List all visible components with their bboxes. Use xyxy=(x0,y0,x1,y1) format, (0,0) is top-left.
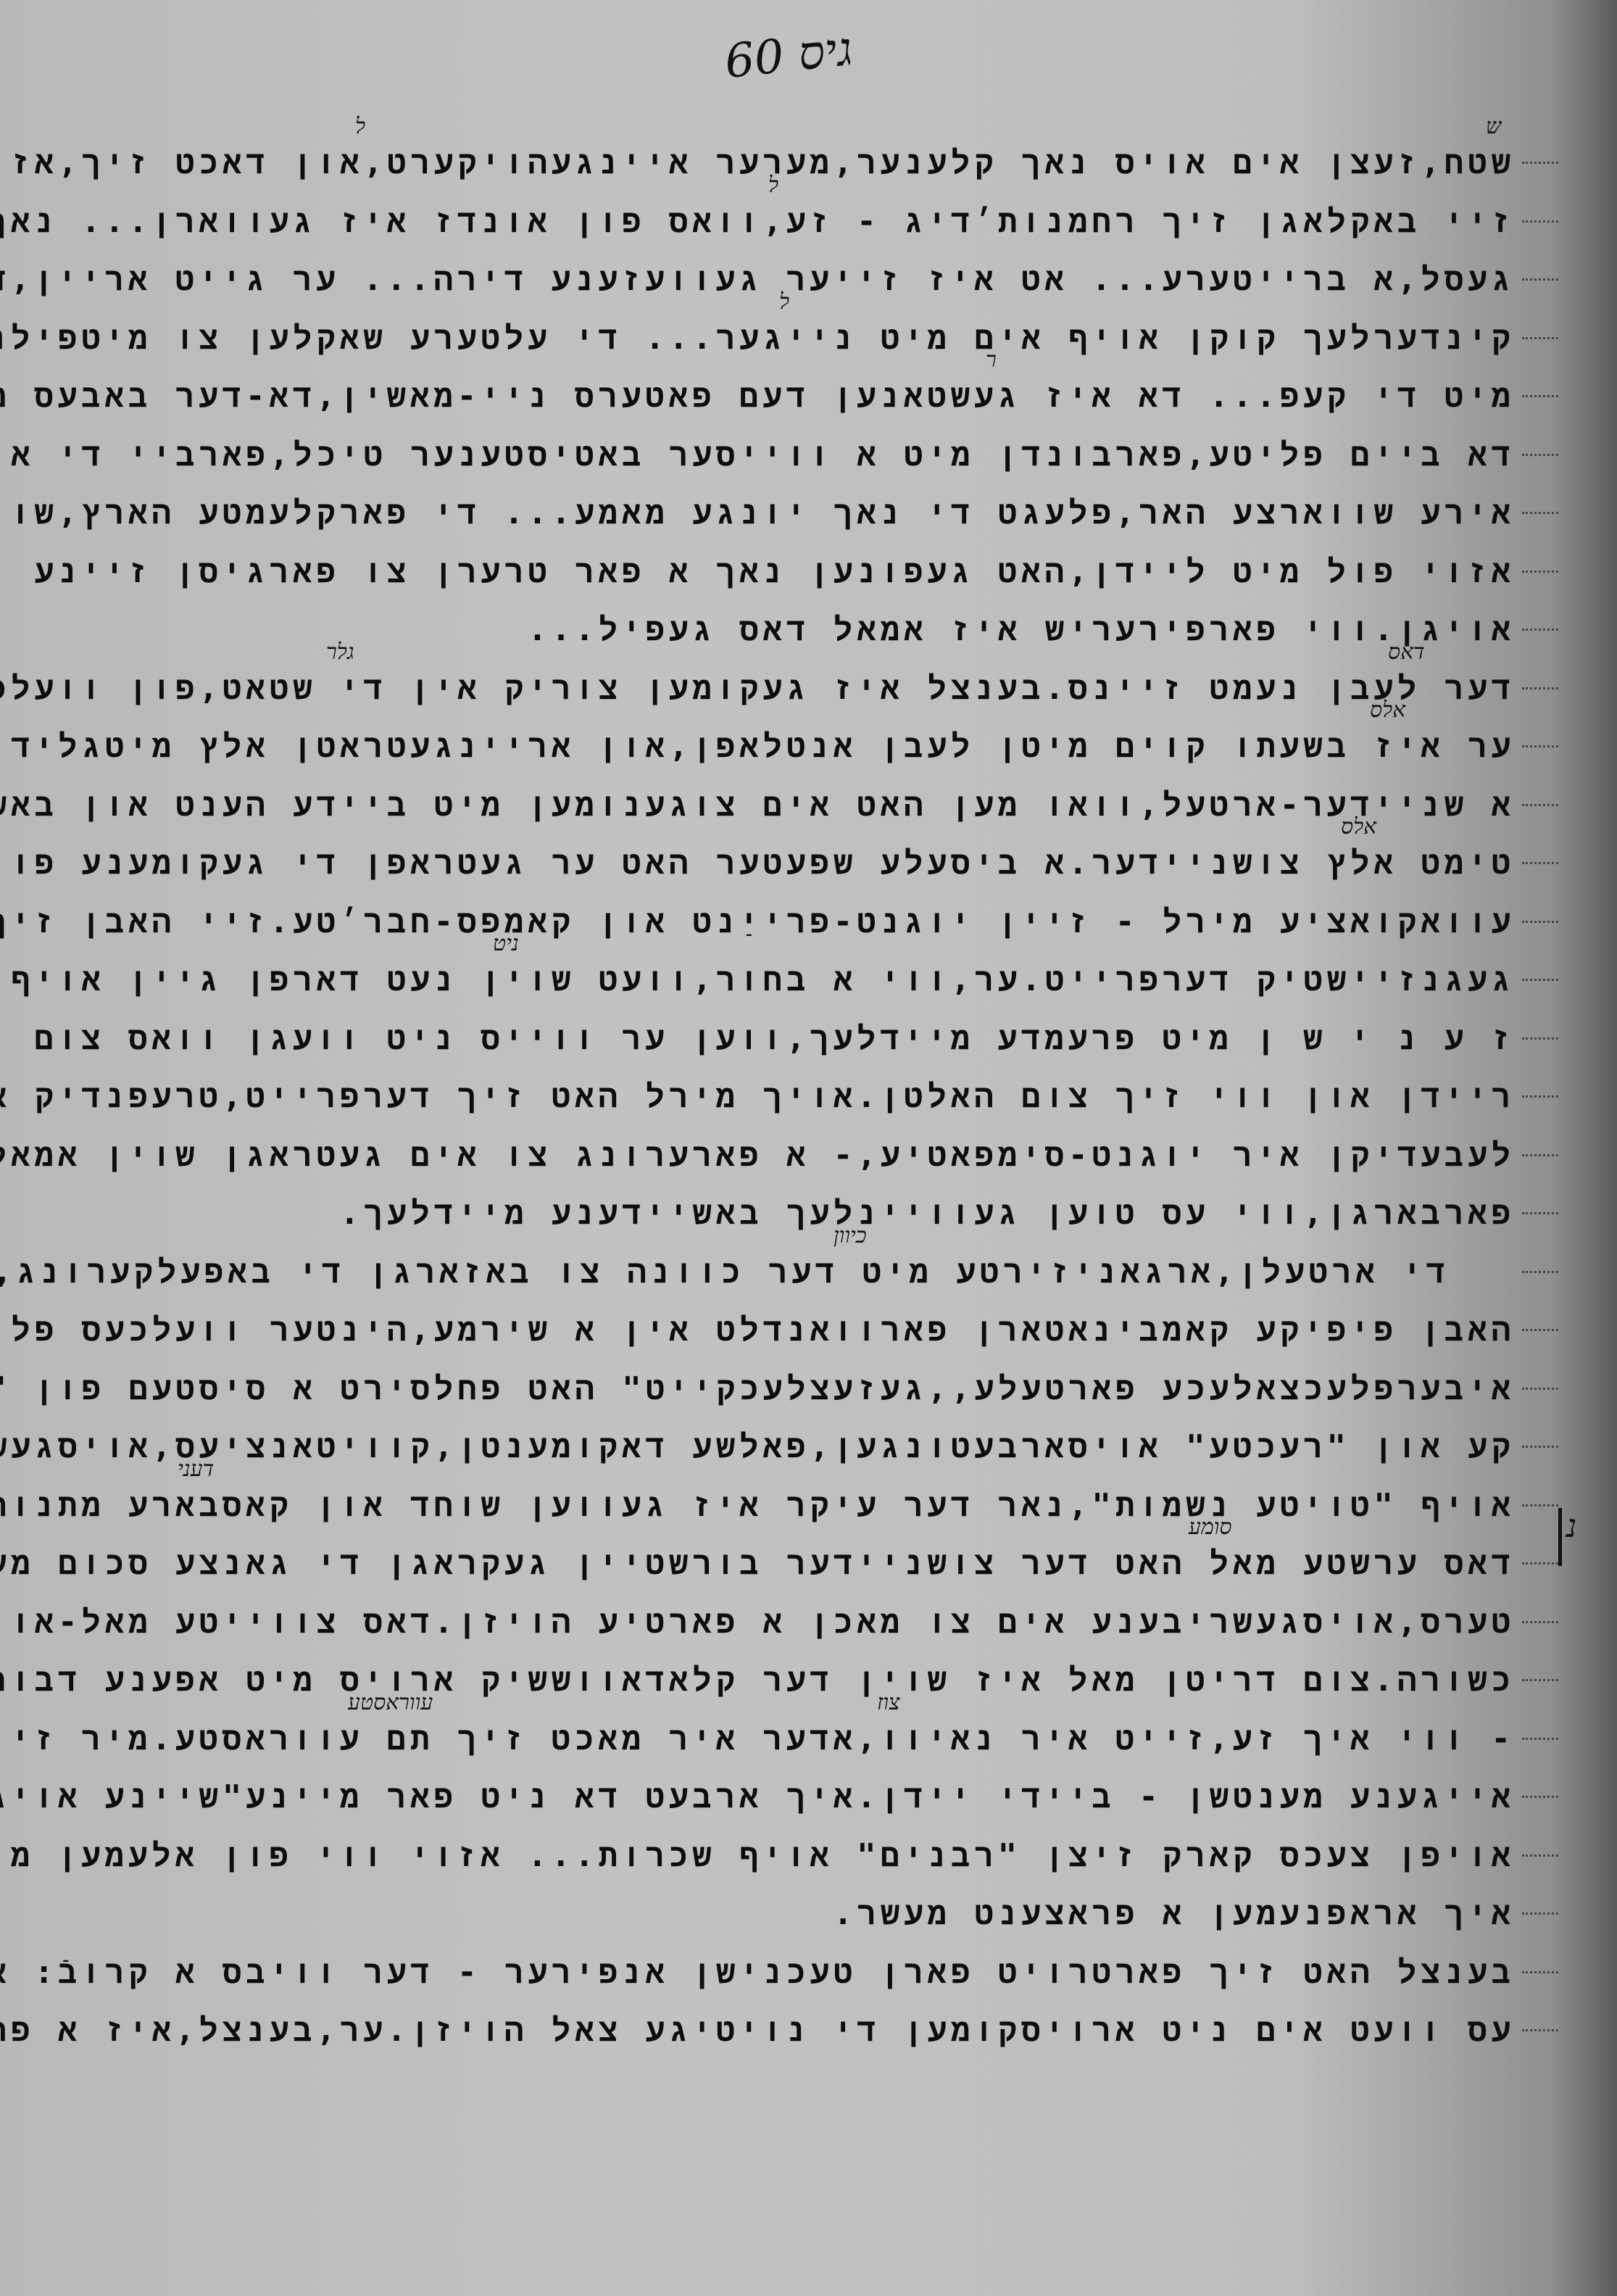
margin-rule xyxy=(1522,1329,1558,1331)
margin-rule xyxy=(1522,1504,1558,1507)
margin-rule xyxy=(1522,921,1558,923)
text-line: עוואקואציע מירל - זיין יוגנט-פרייַנט און… xyxy=(22,893,1515,952)
margin-rule xyxy=(1522,1271,1558,1273)
text-line: געגנזיישטיק דערפרייט.ער,ווי א בחור,וועט … xyxy=(22,951,1515,1010)
margin-rule xyxy=(1522,1562,1558,1564)
handwritten-annotation: ל xyxy=(779,289,789,315)
text-line: פארבארגן,ווי עס טוען געוויינלעך באשיידענ… xyxy=(22,1185,1515,1243)
margin-rule xyxy=(1522,512,1558,514)
text-line: ער איז בשעתו קוים מיטן לעבן אנטלאפן,און … xyxy=(22,718,1515,776)
margin-rule xyxy=(1522,804,1558,806)
text-line: דאס ערשטע מאל האט דער צושניידער בורשטיין… xyxy=(22,1535,1515,1593)
text-line: אירע שווארצע האר,פלעגט די נאך יונגע מאמע… xyxy=(22,484,1515,543)
handwritten-annotation: ניט xyxy=(493,931,519,956)
handwritten-annotation: ל xyxy=(768,173,778,198)
margin-rule xyxy=(1522,1912,1558,1915)
margin-rule xyxy=(1522,1154,1558,1156)
text-line: איך אראפנעמען א פראצענט מעשר. xyxy=(22,1885,1515,1944)
text-line: לעבעדיקן איר יוגנט-סימפאטיע,- א פארערונג… xyxy=(22,1127,1515,1185)
text-line: אייגענע מענטשן - ביידי יידן.איך ארבעט דא… xyxy=(22,1768,1515,1827)
text-line: - ווי איך זע,זייט איר נאיוו,אדער איר מאכ… xyxy=(22,1710,1515,1769)
text-line: אזוי פול מיט ליידן,האט געפונען נאך א פאר… xyxy=(22,543,1515,602)
text-line: איבערפלעכצאלעכע פארטעלע,,געזעצלעכקייט" ה… xyxy=(22,1360,1515,1419)
margin-rule xyxy=(1522,1679,1558,1681)
text-line: כשורה.צום דריטן מאל איז שוין דער קלאדאוו… xyxy=(22,1651,1515,1710)
margin-rule xyxy=(1522,395,1558,397)
handwritten-annotation: גלר xyxy=(326,639,354,665)
handwritten-annotation: ר xyxy=(986,347,997,373)
text-line: עס וועט אים ניט ארויסקומען די נויטיגע צא… xyxy=(22,2002,1515,2060)
handwritten-annotation: אלס xyxy=(1370,697,1405,723)
text-line: טערס,אויסגעשריבענע אים צו מאכן א פארטיע … xyxy=(22,1593,1515,1652)
margin-rule xyxy=(1522,979,1558,981)
margin-rule xyxy=(1522,1854,1558,1857)
text-line: ריידן און ווי זיך צום האלטן.אויך מירל הא… xyxy=(22,1068,1515,1127)
text-line: טימט אלץ צושניידער.א ביסעלע שפעטער האט ע… xyxy=(22,834,1515,893)
typewritten-body: שטח,זעצן אים אויס נאך קלענער,מערער איינג… xyxy=(22,134,1515,2060)
text-line: דער לעבן נעמט זיינס.בענצל איז געקומען צו… xyxy=(22,660,1515,718)
margin-rule xyxy=(1522,1971,1558,1973)
handwritten-annotation: ל xyxy=(355,114,365,139)
text-line: זיי באקלאגן זיך רחמנות׳דיג - זע,וואס פון… xyxy=(22,193,1515,252)
margin-rule xyxy=(1522,1095,1558,1098)
handwritten-annotation: עווראסטע xyxy=(348,1690,433,1715)
text-line: די ארטעלן,ארגאניזירטע מיט דער כוונה צו ב… xyxy=(22,1243,1515,1302)
handwritten-annotation: אלס xyxy=(1341,814,1376,840)
margin-rule xyxy=(1522,687,1558,689)
margin-rule xyxy=(1522,337,1558,339)
margin-rule xyxy=(1522,1037,1558,1040)
text-line: קינדערלעך קוקן אויף אים מיט נייגער... די… xyxy=(22,310,1515,368)
text-line: ז ע נ י ש ן מיט פרעמדע מיידלעך,ווען ער ו… xyxy=(22,1010,1515,1069)
page-number-handwritten: גיס 60 xyxy=(723,22,855,89)
text-line: א שניידער-ארטעל,וואו מען האט אים צוגענומ… xyxy=(22,776,1515,835)
margin-rule xyxy=(1522,629,1558,631)
text-line: געסל,א ברייטערע... אט איז זייער געוועזענ… xyxy=(22,251,1515,310)
handwritten-annotation: סומע xyxy=(1189,1514,1232,1540)
handwritten-annotation: כיוון xyxy=(834,1223,867,1248)
margin-rule xyxy=(1522,1738,1558,1740)
margin-rule xyxy=(1522,162,1558,164)
text-line: אויפן צעכס קארק זיצן "רבנים" אויף שכרות.… xyxy=(22,1827,1515,1886)
margin-rule xyxy=(1522,1388,1558,1390)
text-line: האבן פיפיקע קאמבינאטארן פארוואנדלט אין א… xyxy=(22,1301,1515,1360)
margin-rule xyxy=(1522,220,1558,223)
text-line: מיט די קעפ... דא איז געשטאנען דעם פאטערס… xyxy=(22,368,1515,426)
margin-rule xyxy=(1522,1621,1558,1623)
handwritten-annotation: דאס xyxy=(1388,639,1425,665)
handwritten-annotation: צוז xyxy=(877,1690,900,1715)
margin-rule xyxy=(1522,2029,1558,2031)
margin-rule xyxy=(1522,278,1558,281)
text-line: אויגן.ווי פארפירעריש איז אמאל דאס געפיל.… xyxy=(22,601,1515,660)
margin-note-handwritten: נ xyxy=(1558,1508,1576,1566)
margin-rule xyxy=(1522,571,1558,573)
margin-rule xyxy=(1522,1212,1558,1214)
margin-rule xyxy=(1522,1796,1558,1798)
text-line: דא ביים פליטע,פארבונדן מיט א ווייסער באט… xyxy=(22,426,1515,485)
margin-rule xyxy=(1522,745,1558,747)
handwritten-annotation: דעני xyxy=(178,1456,214,1482)
text-line: קע און "רעכטע" אויסארבעטונגען,פאלשע דאקו… xyxy=(22,1418,1515,1477)
margin-rule xyxy=(1522,454,1558,456)
handwritten-annotation: ש xyxy=(1486,114,1501,139)
margin-rule xyxy=(1522,1446,1558,1448)
margin-rule xyxy=(1522,862,1558,864)
text-line: בענצל האט זיך פארטרויט פארן טעכנישן אנפי… xyxy=(22,1944,1515,2002)
text-line: אויף "טויטע נשמות",נאר דער עיקר איז געוו… xyxy=(22,1477,1515,1535)
